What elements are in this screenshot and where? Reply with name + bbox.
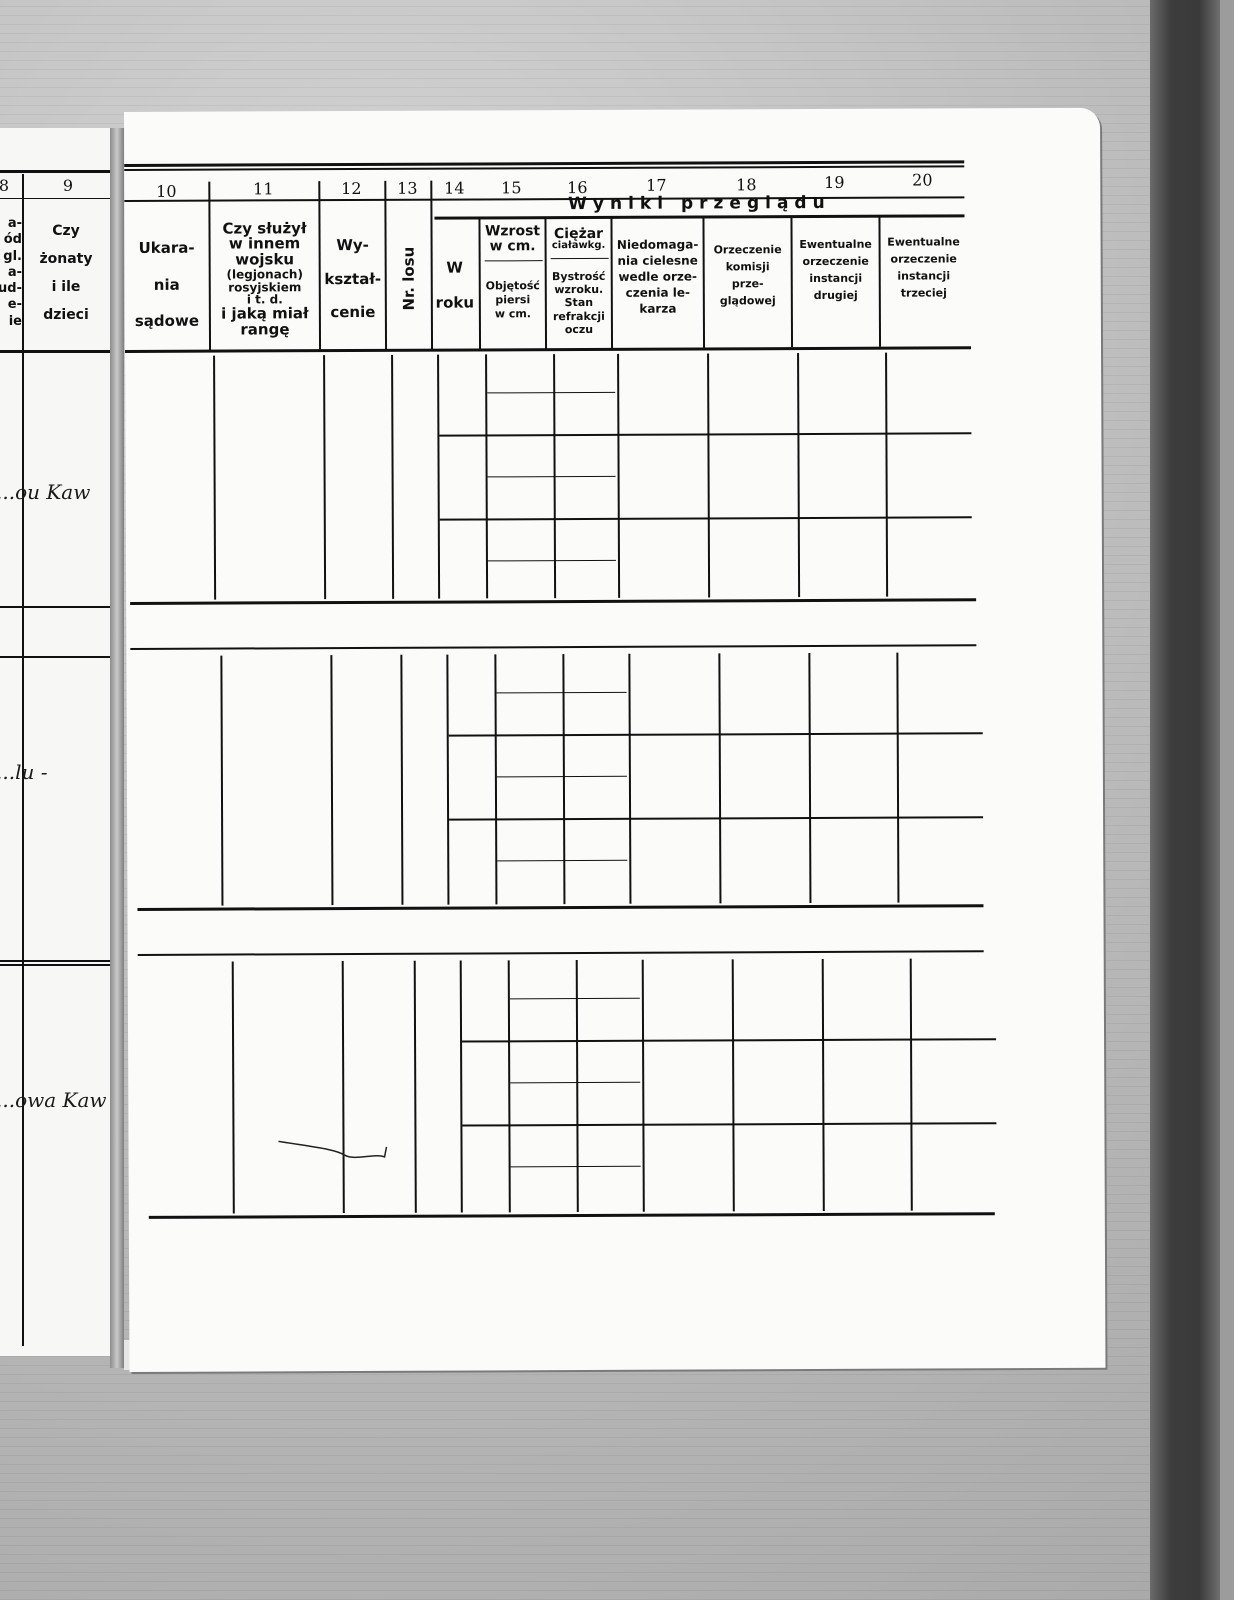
column-number-12: 12	[318, 179, 384, 198]
group-title-rule	[434, 214, 964, 219]
measure-split-rule	[488, 560, 616, 562]
column-divider	[718, 653, 721, 903]
header-bystrosc-wzroku: Bystrość wzroku. Stan refrakcji oczu	[547, 260, 611, 346]
handwritten-squiggle	[274, 1137, 394, 1168]
handwritten-entry-row-3: ...owa Kaw	[0, 1088, 107, 1112]
header-czy-sluzyl: Czy służył w innem wojsku (legjonach) ro…	[210, 209, 319, 349]
measure-split-rule	[488, 476, 616, 478]
rule	[0, 656, 110, 658]
rule	[0, 350, 110, 353]
book-spine	[110, 128, 124, 1368]
year-subrow-rule	[440, 516, 972, 520]
measure-split-rule	[497, 860, 627, 862]
table-row	[132, 648, 983, 908]
rule	[0, 170, 110, 173]
measure-split-rule	[497, 692, 627, 694]
header-wyksztalcenie: Wy- kształ- cenie	[321, 229, 385, 329]
header-wzrost: Wzrost w cm.	[480, 220, 544, 258]
column-divider	[628, 654, 631, 904]
header-ukarania-sadowe: Ukara- nia sądowe	[125, 230, 209, 340]
header-instancji-drugiej: Ewentualne orzeczenie instancji drugiej	[792, 225, 878, 315]
column-divider	[732, 959, 735, 1211]
column-divider	[617, 354, 620, 598]
registry-form-card: 10 11 12 13 14 15 16 17 18 19 20 Wyniki …	[124, 108, 1105, 1372]
column-divider	[797, 353, 800, 597]
column-divider	[707, 353, 710, 597]
group-title-wyniki-przegladu: Wyniki przeglądu	[434, 192, 964, 214]
header-w-roku: W roku	[431, 250, 479, 320]
column-divider	[896, 653, 899, 903]
rule	[0, 964, 110, 966]
column-number-8: 8	[0, 176, 14, 195]
scanner-edge	[1220, 0, 1234, 1600]
handwritten-entry-row-2: ...lu -	[0, 760, 47, 784]
column-number-19: 19	[790, 173, 878, 192]
measure-split-rule	[510, 998, 640, 1000]
column-divider	[414, 961, 417, 1213]
measure-split-rule	[497, 776, 627, 778]
column-number-11: 11	[208, 179, 318, 198]
year-subrow-rule	[449, 816, 983, 820]
column-number-18: 18	[702, 175, 790, 194]
measure-split-rule	[487, 392, 615, 394]
column-divider	[323, 355, 326, 599]
header-instancji-trzeciej: Ewentualne orzeczenie instancji trzeciej	[880, 222, 966, 312]
measure-split-rule	[510, 1082, 640, 1084]
column-divider	[220, 656, 223, 906]
rule	[0, 960, 110, 962]
table-row	[142, 954, 993, 1216]
header-ciezar: Ciężar ciaławkg.	[546, 220, 610, 258]
column-divider	[437, 355, 440, 599]
column-8-header-fragment: a- ód gl. a- ud- e- ie	[0, 216, 22, 330]
left-page-strip: 8 9 a- ód gl. a- ud- e- ie Czy żonaty i …	[0, 128, 118, 1356]
column-divider	[213, 356, 216, 600]
column-number-9: 9	[30, 176, 106, 195]
column-divider	[642, 960, 645, 1212]
column-divider	[342, 961, 345, 1213]
column-divider	[330, 655, 333, 905]
year-subrow-rule	[439, 432, 971, 436]
column-divider	[391, 355, 394, 599]
column-divider	[910, 959, 913, 1211]
table-row	[125, 348, 976, 602]
column-divider	[822, 959, 825, 1211]
column-number-17: 17	[610, 175, 702, 194]
header-orzeczenie-komisji: Orzeczenie komisji prze- glądowej	[705, 227, 791, 323]
column-divider	[400, 655, 403, 905]
header-nr-losu: Nr. losu	[387, 229, 431, 329]
column-number-13: 13	[384, 179, 430, 198]
column-9-header: Czy żonaty i ile dzieci	[26, 218, 106, 330]
rule	[0, 198, 110, 199]
header-niedomagania: Niedomaga- nia cielesne wedle orze- czen…	[612, 221, 702, 331]
column-divider	[460, 961, 463, 1213]
column-divider	[885, 353, 888, 597]
column-divider	[232, 962, 235, 1214]
scanner-shadow	[1150, 0, 1220, 1600]
header-objetosc-piersi: Objętość piersi w cm.	[481, 270, 545, 330]
column-divider	[808, 653, 811, 903]
year-subrow-rule	[462, 1038, 996, 1042]
measure-split-rule	[511, 1166, 641, 1168]
year-subrow-rule	[462, 1122, 996, 1126]
column-number-10: 10	[124, 182, 208, 201]
column-divider	[446, 655, 449, 905]
rule	[0, 606, 110, 608]
column-number-20: 20	[878, 170, 966, 189]
header-split-rule	[485, 260, 543, 261]
handwritten-entry-row-1: ...ou Kaw	[0, 480, 90, 504]
year-subrow-rule	[449, 732, 983, 736]
